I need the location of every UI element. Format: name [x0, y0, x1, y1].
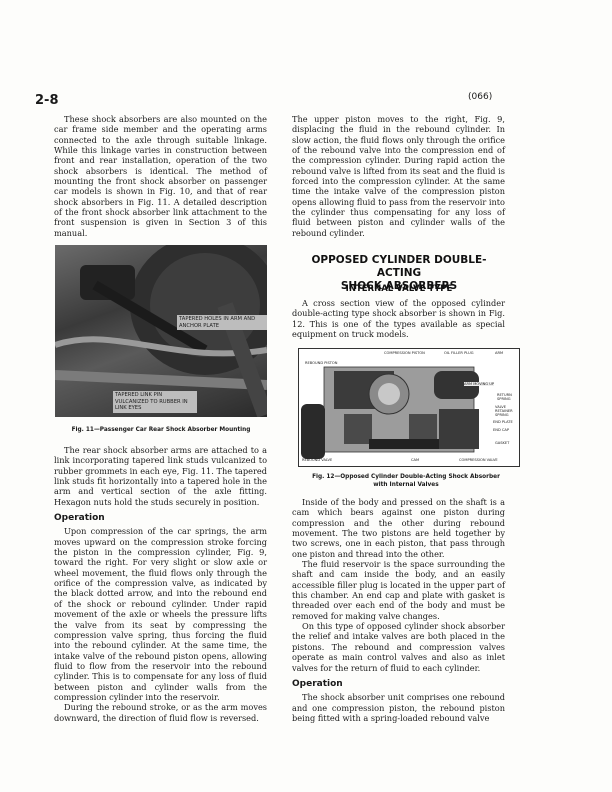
cross-section-paragraph: A cross section view of the opposed cyli… [292, 298, 505, 339]
label-rebound-piston: REBOUND PISTON [305, 361, 337, 365]
right-body: Inside of the body and pressed on the sh… [292, 497, 505, 723]
body-paragraph-1: Inside of the body and pressed on the sh… [292, 497, 505, 559]
label-end-plate: END PLATE [493, 420, 513, 424]
label-compression-valve: COMPRESSION VALVE [459, 458, 498, 462]
section-code: (066) [468, 92, 492, 102]
figure-12-caption: Fig. 12—Opposed Cylinder Double-Acting S… [295, 473, 517, 489]
figure-11-caption: Fig. 11—Passenger Car Rear Shock Absorbe… [55, 426, 267, 434]
operation-heading-right: Operation [292, 679, 505, 689]
figure-12-diagram: COMPRESSION PISTON OIL FILLER PLUG ARM R… [298, 348, 520, 467]
cross-section-text: A cross section view of the opposed cyli… [292, 298, 505, 339]
right-top: The upper piston moves to the right, Fig… [292, 114, 505, 238]
left-intro: These shock absorbers are also mounted o… [54, 114, 267, 238]
label-tapered-holes: TAPERED HOLES IN ARM AND ANCHOR PLATE [177, 315, 267, 330]
operation-paragraph-2: During the rebound stroke, or as the arm… [54, 702, 267, 723]
label-gasket: GASKET [495, 441, 509, 445]
figure-12-caption-line2: with Internal Valves [295, 481, 517, 489]
operation-paragraph-1: Upon compression of the car springs, the… [54, 526, 267, 702]
label-arm: ARM [495, 351, 503, 355]
intro-paragraph: These shock absorbers are also mounted o… [54, 114, 267, 238]
label-compression-piston: COMPRESSION PISTON [384, 351, 425, 355]
label-end-cap: END CAP [493, 428, 509, 432]
label-tapered-link-pin: TAPERED LINK PIN VULCANIZED TO RUBBER IN… [113, 391, 197, 413]
label-oil-filler-plug: OIL FILLER PLUG [444, 351, 473, 355]
page-number: 2-8 [35, 93, 59, 108]
section-title-line1: OPPOSED CYLINDER DOUBLE-ACTING [290, 254, 508, 280]
rear-paragraph: The rear shock absorber arms are attache… [54, 445, 267, 507]
operation-heading-left: Operation [54, 513, 267, 523]
continuation-paragraph: The upper piston moves to the right, Fig… [292, 114, 505, 238]
subsection-title: INTERNAL VALVE TYPE [290, 284, 508, 294]
figure-12-caption-line1: Fig. 12—Opposed Cylinder Double-Acting S… [295, 473, 517, 481]
body-paragraph-2: The fluid reservoir is the space surroun… [292, 559, 505, 621]
shock-absorber-cross-section [299, 349, 519, 466]
left-body: The rear shock absorber arms are attache… [54, 445, 267, 723]
body-paragraph-3: On this type of opposed cylinder shock a… [292, 621, 505, 673]
label-rebound-valve: REBOUND VALVE [302, 458, 332, 462]
label-arm-moving-up: ARM MOVING UP [464, 382, 494, 386]
label-valve-retainer-spring: VALVE RETAINER SPRING [495, 405, 517, 417]
label-return-spring: RETURN SPRING [497, 393, 517, 401]
operation-paragraph-right: The shock absorber unit comprises one re… [292, 692, 505, 723]
figure-11-photo: TAPERED HOLES IN ARM AND ANCHOR PLATE TA… [55, 245, 267, 417]
label-cam: CAM [411, 458, 419, 462]
